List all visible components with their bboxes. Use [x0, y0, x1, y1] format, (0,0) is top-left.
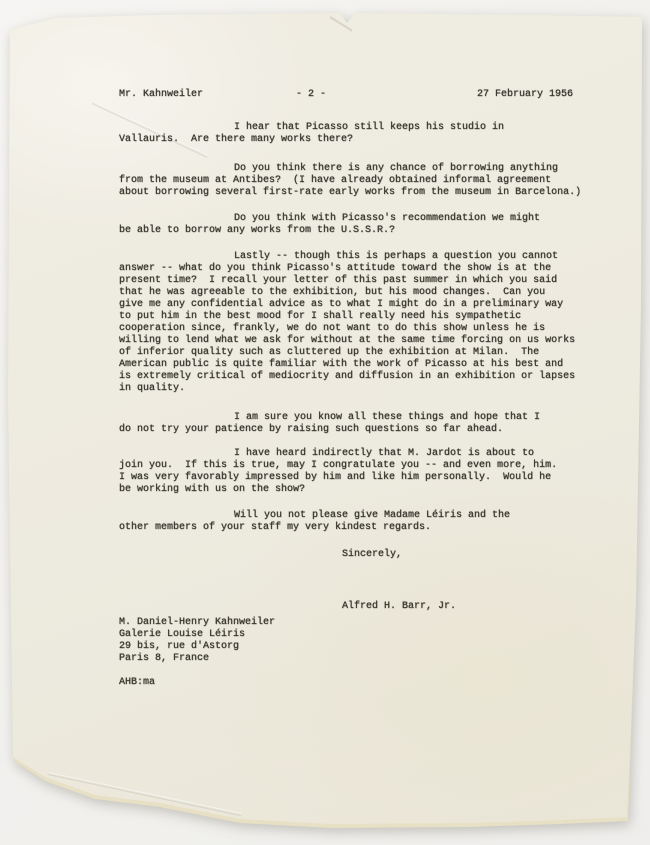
letter-line: be able to borrow any works from the U.S… [119, 225, 609, 237]
letter-line: Vallauris. Are there many works there? [119, 134, 609, 146]
letter-line: from the museum at Antibes? (I have alre… [119, 175, 609, 187]
letter-line: I hear that Picasso still keeps his stud… [119, 122, 609, 134]
letter-sheet: Mr. Kahnweiler - 2 - 27 February 1956 I … [0, 0, 650, 845]
paper-crease-bottom-left [48, 772, 242, 816]
letter-line: of inferior quality such as cluttered up… [119, 347, 609, 359]
letter-line: do not try your patience by raising such… [119, 424, 609, 436]
letter-line: I am sure you know all these things and … [119, 412, 609, 424]
header-recipient: Mr. Kahnweiler [119, 89, 203, 101]
letter-line: Do you think with Picasso's recommendati… [119, 213, 609, 225]
header-page-number: - 2 - [296, 89, 326, 101]
paragraph-regards: Will you not please give Madame Léiris a… [119, 510, 609, 534]
letter-line: willing to lend what we ask for without … [119, 335, 609, 347]
paragraph-jardot: I have heard indirectly that M. Jardot i… [119, 448, 609, 496]
letter-line: give me any confidential advice as to wh… [119, 299, 609, 311]
letter-line: about borrowing several first-rate early… [119, 187, 609, 199]
letter-line: in quality. [119, 383, 609, 395]
letter-line: Do you think there is any chance of borr… [119, 163, 609, 175]
letter-line: M. Daniel-Henry Kahnweiler [119, 617, 275, 629]
paragraph-ussr-loans: Do you think with Picasso's recommendati… [119, 213, 609, 237]
paragraph-antibes-barcelona: Do you think there is any chance of borr… [119, 163, 609, 199]
letter-line: I have heard indirectly that M. Jardot i… [119, 448, 609, 460]
letter-line: join you. If this is true, may I congrat… [119, 460, 609, 472]
header-date: 27 February 1956 [477, 89, 573, 101]
scanned-letter-page: Mr. Kahnweiler - 2 - 27 February 1956 I … [0, 0, 650, 845]
letter-line: that he was agreeable to the exhibition,… [119, 287, 609, 299]
letter-line: answer -- what do you think Picasso's at… [119, 263, 609, 275]
paragraph-patience: I am sure you know all these things and … [119, 412, 609, 436]
letter-paper: Mr. Kahnweiler - 2 - 27 February 1956 I … [0, 0, 650, 845]
closing-salutation: Sincerely, [342, 549, 402, 561]
letter-line: Paris 8, France [119, 653, 275, 665]
typist-initials: AHB:ma [119, 677, 155, 689]
letter-line: to put him in the best mood for I shall … [119, 311, 609, 323]
paragraph-picasso-attitude: Lastly -- though this is perhaps a quest… [119, 251, 609, 395]
paper-notch-top-center [329, 16, 352, 31]
letter-line: other members of your staff my very kind… [119, 522, 609, 534]
paragraph-studio-vallauris: I hear that Picasso still keeps his stud… [119, 122, 609, 146]
letter-line: Lastly -- though this is perhaps a quest… [119, 251, 609, 263]
letter-line: Will you not please give Madame Léiris a… [119, 510, 609, 522]
letter-line: 29 bis, rue d'Astorg [119, 641, 275, 653]
letter-line: present time? I recall your letter of th… [119, 275, 609, 287]
letter-line: cooperation since, frankly, we do not wa… [119, 323, 609, 335]
letter-line: is extremely critical of mediocrity and … [119, 371, 609, 383]
recipient-address-block: M. Daniel-Henry KahnweilerGalerie Louise… [119, 617, 275, 665]
letter-line: be working with us on the show? [119, 484, 609, 496]
signature-name: Alfred H. Barr, Jr. [342, 601, 456, 613]
letter-line: Galerie Louise Léiris [119, 629, 275, 641]
letter-line: I was very favorably impressed by him an… [119, 472, 609, 484]
letter-line: American public is quite familiar with t… [119, 359, 609, 371]
